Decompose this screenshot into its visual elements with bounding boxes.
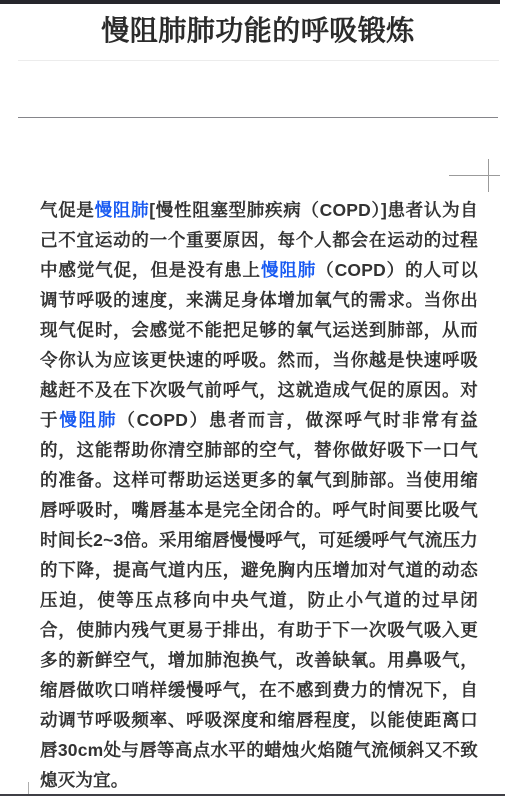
copd-term-link[interactable]: 慢阻肺 xyxy=(95,200,150,220)
divider-light xyxy=(18,60,499,61)
divider-dark xyxy=(18,117,498,118)
copd-term-link[interactable]: 慢阻肺 xyxy=(261,260,316,280)
plus-crosshair-icon[interactable] xyxy=(449,159,500,192)
copd-term-link[interactable]: 慢阻肺 xyxy=(59,410,117,430)
bottom-border-bar xyxy=(0,794,505,796)
paragraph-text-run: （COPD）患者而言，做深呼气时非常有益的，这能帮助你清空肺部的空气，替你做好吸… xyxy=(40,410,478,790)
page-title: 慢阻肺肺功能的呼吸锻炼 xyxy=(0,9,516,49)
paragraph-text-run: 气促是 xyxy=(40,200,95,220)
article-paragraph: 气促是慢阻肺[慢性阻塞型肺疾病（COPD）]患者认为自己不宜运动的一个重要原因，… xyxy=(40,195,478,795)
crosshair-vertical-line xyxy=(488,159,489,192)
top-border-bar xyxy=(0,0,500,4)
paragraph-text-run: （COPD）的人可以调节呼吸的速度，来满足身体增加氧气的需求。当你出现气促时，会… xyxy=(40,260,478,430)
crosshair-horizontal-line xyxy=(449,175,500,176)
